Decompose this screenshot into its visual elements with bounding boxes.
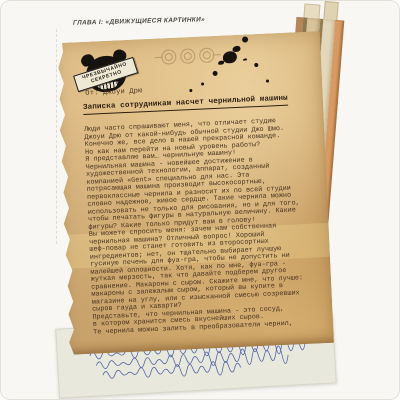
ink-blot: [189, 89, 192, 92]
memo-paper: ЧРЕЗВЫЧАЙНО СЕКРЕТНО От: Джоуи Дрю Запис…: [54, 31, 334, 355]
ink-blot: [212, 71, 217, 76]
chapter-caption: ГЛАВА I: «ДВИЖУЩИЕСЯ КАРТИНКИ»: [73, 16, 205, 26]
ink-blot: [254, 63, 258, 67]
ink-blot: [266, 79, 269, 82]
letterhead-ornament-icon: [152, 44, 223, 69]
ink-blot: [201, 82, 204, 85]
photo-background: ГЛАВА I: «ДВИЖУЩИЕСЯ КАРТИНКИ»: [0, 0, 400, 400]
perforation-line: [56, 29, 57, 244]
memo-body: Люди часто спрашивают меня, что отличает…: [84, 117, 315, 337]
top-secret-stamp: ЧРЕЗВЫЧАЙНО СЕКРЕТНО: [74, 47, 139, 109]
ink-blot: [242, 36, 248, 42]
ink-blot: [223, 51, 238, 64]
